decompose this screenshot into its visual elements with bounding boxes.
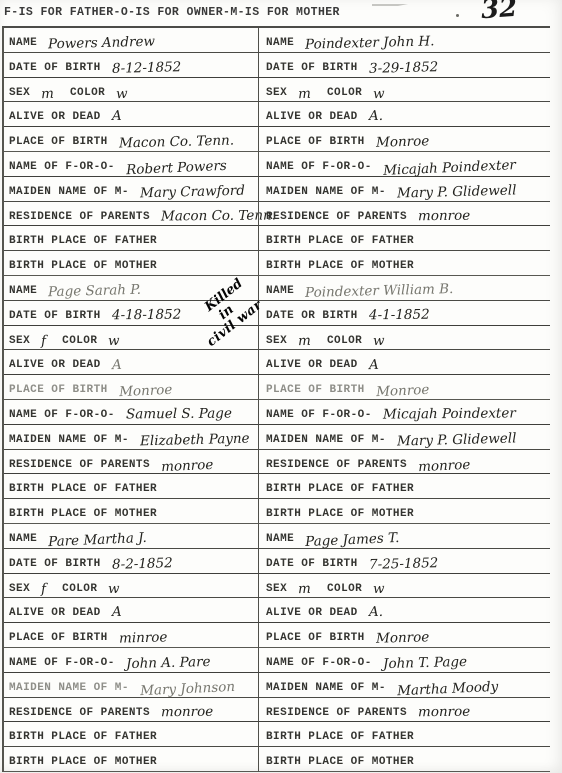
legend-note: F-IS FOR FATHER-O-IS FOR OWNER-M-IS FOR … (4, 6, 340, 19)
field-row: BIRTH PLACE OF MOTHERBIRTH PLACE OF MOTH… (4, 251, 550, 276)
field-cell-left-b1-place-of-birth: PLACE OF BIRTHMacon Co. Tenn. (4, 127, 258, 152)
field-row: DATE OF BIRTH8-12-1852DATE OF BIRTH3-29-… (4, 53, 550, 78)
field-cell-right-b3-maiden-name-of-m: MAIDEN NAME OF M-Martha Moody (258, 673, 550, 698)
field-cell-right-b1-birth-place-of-mother: BIRTH PLACE OF MOTHER (258, 251, 550, 276)
field-cell-left-b3-place-of-birth: PLACE OF BIRTHminroe (4, 623, 258, 648)
field-label: BIRTH PLACE OF FATHER (9, 483, 157, 495)
field-label: DATE OF BIRTH (266, 62, 358, 74)
field-row: ALIVE OR DEADAALIVE OR DEADA (4, 350, 550, 375)
field-cell-left-b2-residence-of-parents: RESIDENCE OF PARENTSmonroe (4, 450, 258, 475)
field-row: PLACE OF BIRTHMacon Co. Tenn.PLACE OF BI… (4, 127, 550, 152)
field-row: MAIDEN NAME OF M-Mary CrawfordMAIDEN NAM… (4, 177, 550, 202)
field-label: RESIDENCE OF PARENTS (266, 707, 407, 719)
field-value: Robert Powers (126, 158, 227, 178)
field-value: Monroe (376, 133, 430, 150)
field-cell-right-b1-birth-place-of-father: BIRTH PLACE OF FATHER (258, 226, 550, 251)
field-label: ALIVE OR DEAD (266, 359, 358, 371)
field-cell-right-b2-place-of-birth: PLACE OF BIRTHMonroe (258, 375, 550, 400)
field-value: A (112, 108, 122, 124)
field-row: BIRTH PLACE OF MOTHERBIRTH PLACE OF MOTH… (4, 499, 550, 524)
field-label: MAIDEN NAME OF M- (9, 434, 129, 446)
field-label: NAME (266, 285, 294, 297)
field-value: Micajah Poindexter (383, 157, 516, 179)
field-value: Martha Moody (397, 679, 499, 699)
field-label: COLOR (62, 335, 97, 347)
field-cell-right-b1-place-of-birth: PLACE OF BIRTHMonroe (258, 127, 550, 152)
field-label: PLACE OF BIRTH (266, 384, 365, 396)
field-row: NAMEPowers AndrewNAMEPoindexter John H. (4, 28, 550, 53)
field-label: DATE OF BIRTH (266, 558, 358, 570)
field-value: m (298, 580, 311, 596)
field-value: Monroe (376, 629, 430, 646)
field-label: BIRTH PLACE OF MOTHER (9, 508, 157, 520)
field-row: RESIDENCE OF PARENTSMacon Co. Tenn.RESID… (4, 202, 550, 227)
field-label: DATE OF BIRTH (9, 558, 101, 570)
field-label: BIRTH PLACE OF MOTHER (266, 260, 414, 272)
field-cell-right-b2-name: NAMEPoindexter William B. (258, 276, 550, 301)
field-cell-right-b1-residence-of-parents: RESIDENCE OF PARENTSmonroe (258, 202, 550, 227)
field-value: Mary P. Glidewell (397, 182, 517, 201)
field-row: ALIVE OR DEADAALIVE OR DEADA. (4, 102, 550, 127)
field-cell-right-b1-date-of-birth: DATE OF BIRTH3-29-1852 (258, 53, 550, 78)
field-cell-right-b1-alive-or-dead: ALIVE OR DEADA. (258, 102, 550, 127)
scan-ghost-text (40, 714, 180, 721)
field-value: A (112, 357, 122, 373)
field-row: PLACE OF BIRTHminroePLACE OF BIRTHMonroe (4, 623, 550, 648)
field-label: RESIDENCE OF PARENTS (9, 459, 150, 471)
field-value: m (41, 85, 54, 102)
field-row: BIRTH PLACE OF FATHERBIRTH PLACE OF FATH… (4, 722, 550, 747)
field-label: NAME (9, 285, 37, 297)
field-value: 8-2-1852 (112, 555, 173, 573)
field-value: A. (369, 108, 383, 124)
field-cell-left-b2-birth-place-of-father: BIRTH PLACE OF FATHER (4, 474, 258, 499)
field-value: Samuel S. Page (126, 405, 232, 422)
field-label: NAME OF F-OR-O- (266, 161, 372, 173)
field-value: m (298, 332, 311, 348)
records-table: NAMEPowers AndrewNAMEPoindexter John H.D… (2, 26, 550, 772)
field-label: NAME (266, 37, 294, 49)
field-label: BIRTH PLACE OF FATHER (9, 731, 157, 743)
field-label: RESIDENCE OF PARENTS (266, 459, 407, 471)
field-row: DATE OF BIRTH4-18-1852DATE OR BIRTH4-1-1… (4, 301, 550, 326)
field-label: BIRTH PLACE OF FATHER (266, 731, 414, 743)
field-row: PLACE OF BIRTHMonroePLACE OF BIRTHMonroe (4, 375, 550, 400)
field-label: ALIVE OR DEAD (266, 607, 358, 619)
field-label: PLACE OF BIRTH (9, 384, 108, 396)
field-value: Macon Co. Tenn. (119, 133, 234, 152)
field-cell-right-b3-alive-or-dead: ALIVE OR DEADA. (258, 598, 550, 623)
field-value: w (373, 580, 385, 596)
field-label: RESIDENCE OF PARENTS (266, 211, 407, 223)
field-row: MAIDEN NAME OF M-Elizabeth PayneMAIDEN N… (4, 425, 550, 450)
field-cell-left-b1-birth-place-of-mother: BIRTH PLACE OF MOTHER (4, 251, 258, 276)
field-label: NAME OF F-OR-O- (9, 409, 115, 421)
field-row: MAIDEN NAME OF M-Mary JohnsonMAIDEN NAME… (4, 673, 550, 698)
field-row: SEXfCOLORwSEXmCOLORw (4, 326, 550, 351)
field-cell-left-b1-sex: SEXmCOLORw (4, 78, 258, 103)
field-cell-right-b3-sex: SEXmCOLORw (258, 574, 550, 599)
field-cell-right-b2-maiden-name-of-m: MAIDEN NAME OF M-Mary P. Glidewell (258, 425, 550, 450)
field-label: MAIDEN NAME OF M- (9, 186, 129, 198)
field-value: f (41, 332, 46, 348)
field-label: ALIVE OR DEAD (9, 111, 101, 123)
field-cell-right-b3-name: NAMEPage James T. (258, 524, 550, 549)
field-value: Mary P. Glidewell (397, 430, 517, 449)
field-row: NAME OF F-OR-O-Samuel S. PageNAME OF F-O… (4, 400, 550, 425)
field-label: MAIDEN NAME OF M- (9, 682, 129, 694)
field-value: monroe (418, 703, 470, 719)
field-value: Micajah Poindexter (383, 405, 516, 422)
field-label: SEX (9, 87, 30, 99)
field-value: Monroe (376, 382, 430, 400)
field-cell-left-b3-birth-place-of-mother: BIRTH PLACE OF MOTHER (4, 747, 258, 772)
field-row: RESIDENCE OF PARENTSmonroeRESIDENCE OF P… (4, 450, 550, 475)
field-cell-left-b2-name-of-f-or-o: NAME OF F-OR-O-Samuel S. Page (4, 400, 258, 425)
field-row: BIRTH PLACE OF FATHERBIRTH PLACE OF FATH… (4, 226, 550, 251)
field-cell-left-b3-alive-or-dead: ALIVE OR DEADA (4, 598, 258, 623)
field-label: PLACE OF BIRTH (9, 136, 108, 148)
field-value: A (112, 604, 122, 620)
field-cell-right-b1-name: NAMEPoindexter John H. (258, 28, 550, 53)
field-cell-left-b3-sex: SEXfCOLORw (4, 574, 258, 599)
field-label: COLOR (327, 583, 362, 595)
field-row: BIRTH PLACE OF MOTHERBIRTH PLACE OF MOTH… (4, 747, 550, 772)
field-row: DATE OF BIRTH8-2-1852DATE OF BIRTH7-25-1… (4, 549, 550, 574)
field-label: SEX (9, 583, 30, 595)
field-cell-right-b1-sex: SEXmCOLORw (258, 78, 550, 103)
field-cell-left-b2-birth-place-of-mother: BIRTH PLACE OF MOTHER (4, 499, 258, 524)
field-row: NAMEPage Sarah P.NAMEPoindexter William … (4, 276, 550, 301)
field-cell-left-b1-date-of-birth: DATE OF BIRTH8-12-1852 (4, 53, 258, 78)
field-cell-left-b3-date-of-birth: DATE OF BIRTH8-2-1852 (4, 549, 258, 574)
field-label: SEX (9, 335, 30, 347)
field-label: ALIVE OR DEAD (266, 111, 358, 123)
field-value: m (298, 85, 311, 102)
field-cell-right-b2-birth-place-of-mother: BIRTH PLACE OF MOTHER (258, 499, 550, 524)
field-label: PLACE OF BIRTH (266, 136, 365, 148)
field-label: COLOR (62, 583, 97, 595)
field-label: MAIDEN NAME OF M- (266, 682, 386, 694)
field-value: John A. Pare (126, 654, 211, 672)
field-cell-right-b3-birth-place-of-mother: BIRTH PLACE OF MOTHER (258, 747, 550, 772)
field-cell-right-b1-maiden-name-of-m: MAIDEN NAME OF M-Mary P. Glidewell (258, 177, 550, 202)
field-row: NAME OF F-OR-O-Robert PowersNAME OF F-OR… (4, 152, 550, 177)
field-label: COLOR (70, 87, 105, 99)
scanned-record-page: F-IS FOR FATHER-O-IS FOR OWNER-M-IS FOR … (0, 0, 562, 773)
field-label: BIRTH PLACE OF MOTHER (9, 260, 157, 272)
field-label: BIRTH PLACE OF FATHER (9, 235, 157, 247)
field-cell-right-b2-residence-of-parents: RESIDENCE OF PARENTSmonroe (258, 450, 550, 475)
field-row: ALIVE OR DEADAALIVE OR DEADA. (4, 598, 550, 623)
field-value: Page Sarah P. (48, 282, 141, 300)
field-value: 7-25-1852 (369, 555, 439, 573)
field-value: Pare Martha J. (48, 530, 147, 550)
field-value: w (373, 332, 385, 348)
field-value: Poindexter William B. (305, 281, 454, 301)
field-label: BIRTH PLACE OF FATHER (266, 235, 414, 247)
field-label: DATE OF BIRTH (9, 310, 101, 322)
field-label: DATE OR BIRTH (266, 310, 358, 322)
field-value: A. (369, 604, 383, 620)
field-value: w (373, 85, 385, 101)
field-cell-right-b2-alive-or-dead: ALIVE OR DEADA (258, 350, 550, 375)
field-label: BIRTH PLACE OF MOTHER (266, 756, 414, 768)
field-label: PLACE OF BIRTH (266, 632, 365, 644)
field-label: ALIVE OR DEAD (9, 607, 101, 619)
field-row: NAMEPare Martha J.NAMEPage James T. (4, 524, 550, 549)
field-cell-right-b2-name-of-f-or-o: NAME OF F-OR-O-Micajah Poindexter (258, 400, 550, 425)
field-cell-right-b3-residence-of-parents: RESIDENCE OF PARENTSmonroe (258, 698, 550, 723)
field-label: NAME (9, 533, 37, 545)
field-cell-right-b2-date-or-birth: DATE OR BIRTH4-1-1852 (258, 301, 550, 326)
field-value: Elizabeth Payne (140, 430, 250, 449)
field-cell-left-b2-alive-or-dead: ALIVE OR DEADA (4, 350, 258, 375)
field-label: PLACE OF BIRTH (9, 632, 108, 644)
field-cell-right-b3-date-of-birth: DATE OF BIRTH7-25-1852 (258, 549, 550, 574)
field-cell-left-b1-residence-of-parents: RESIDENCE OF PARENTSMacon Co. Tenn. (4, 202, 258, 227)
field-cell-left-b3-name-of-f-or-o: NAME OF F-OR-O-John A. Pare (4, 648, 258, 673)
field-value: 3-29-1852 (369, 59, 439, 77)
field-label: NAME OF F-OR-O- (266, 409, 372, 421)
field-cell-right-b3-place-of-birth: PLACE OF BIRTHMonroe (258, 623, 550, 648)
field-value: Mary Johnson (140, 679, 236, 699)
field-label: RESIDENCE OF PARENTS (9, 211, 150, 223)
field-row: SEXmCOLORwSEXmCOLORw (4, 78, 550, 103)
scan-dot (456, 14, 459, 17)
field-value: 8-12-1852 (112, 59, 182, 77)
field-cell-left-b1-birth-place-of-father: BIRTH PLACE OF FATHER (4, 226, 258, 251)
field-label: COLOR (327, 335, 362, 347)
page-number: 32 (480, 0, 518, 25)
field-value: 4-18-1852 (112, 306, 181, 323)
field-label: NAME (266, 533, 294, 545)
field-label: BIRTH PLACE OF MOTHER (9, 756, 157, 768)
field-cell-left-b3-maiden-name-of-m: MAIDEN NAME OF M-Mary Johnson (4, 673, 258, 698)
field-value: Monroe (119, 382, 173, 400)
field-cell-right-b1-name-of-f-or-o: NAME OF F-OR-O-Micajah Poindexter (258, 152, 550, 177)
field-value: monroe (161, 456, 214, 474)
field-label: BIRTH PLACE OF FATHER (266, 483, 414, 495)
field-cell-left-b3-name: NAMEPare Martha J. (4, 524, 258, 549)
field-cell-right-b2-birth-place-of-father: BIRTH PLACE OF FATHER (258, 474, 550, 499)
scan-tick-marks (372, 4, 408, 10)
field-row: NAME OF F-OR-O-John A. PareNAME OF F-OR-… (4, 648, 550, 673)
field-value: w (116, 85, 128, 101)
field-cell-left-b1-maiden-name-of-m: MAIDEN NAME OF M-Mary Crawford (4, 177, 258, 202)
field-label: BIRTH PLACE OF MOTHER (266, 508, 414, 520)
field-value: w (108, 580, 120, 596)
field-value: Powers Andrew (48, 34, 155, 53)
field-cell-left-b2-place-of-birth: PLACE OF BIRTHMonroe (4, 375, 258, 400)
field-value: w (108, 332, 120, 348)
field-label: DATE OF BIRTH (9, 62, 101, 74)
field-cell-left-b1-name-of-f-or-o: NAME OF F-OR-O-Robert Powers (4, 152, 258, 177)
field-value: monroe (418, 456, 471, 474)
field-value: John T. Page (383, 654, 467, 672)
field-cell-left-b1-name: NAMEPowers Andrew (4, 28, 258, 53)
field-label: NAME OF F-OR-O- (9, 161, 115, 173)
field-cell-left-b3-birth-place-of-father: BIRTH PLACE OF FATHER (4, 722, 258, 747)
field-cell-left-b2-maiden-name-of-m: MAIDEN NAME OF M-Elizabeth Payne (4, 425, 258, 450)
field-label: NAME (9, 37, 37, 49)
field-value: 4-1-1852 (369, 307, 430, 324)
field-row: BIRTH PLACE OF FATHERBIRTH PLACE OF FATH… (4, 474, 550, 499)
field-label: MAIDEN NAME OF M- (266, 434, 386, 446)
field-label: SEX (266, 335, 287, 347)
field-value: Poindexter John H. (305, 33, 435, 52)
field-label: COLOR (327, 87, 362, 99)
field-value: Mary Crawford (140, 182, 245, 201)
field-cell-left-b1-alive-or-dead: ALIVE OR DEADA (4, 102, 258, 127)
field-value: A (369, 357, 379, 373)
field-value: f (41, 580, 46, 596)
field-value: Page James T. (305, 530, 400, 550)
field-label: SEX (266, 87, 287, 99)
field-cell-right-b2-sex: SEXmCOLORw (258, 326, 550, 351)
field-label: SEX (266, 583, 287, 595)
field-label: NAME OF F-OR-O- (9, 657, 115, 669)
field-value: minroe (119, 629, 168, 646)
field-label: ALIVE OR DEAD (9, 359, 101, 371)
field-label: MAIDEN NAME OF M- (266, 186, 386, 198)
field-cell-right-b3-name-of-f-or-o: NAME OF F-OR-O-John T. Page (258, 648, 550, 673)
field-row: SEXfCOLORwSEXmCOLORw (4, 574, 550, 599)
field-label: NAME OF F-OR-O- (266, 657, 372, 669)
field-cell-right-b3-birth-place-of-father: BIRTH PLACE OF FATHER (258, 722, 550, 747)
field-value: monroe (418, 207, 470, 223)
